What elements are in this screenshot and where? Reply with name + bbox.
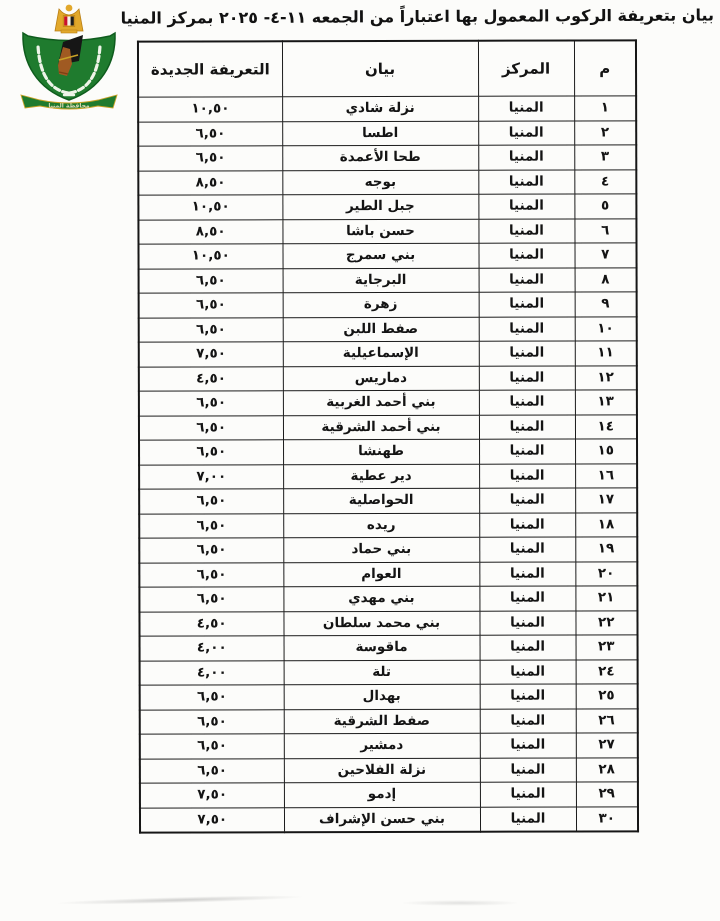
cell-serial: ٢٠ bbox=[575, 561, 637, 586]
cell-statement: نزلة شادي bbox=[282, 96, 478, 121]
cell-new-fare: ٦,٥٠ bbox=[139, 391, 283, 416]
cell-serial: ١٥ bbox=[575, 439, 637, 464]
cell-statement: بهدال bbox=[284, 684, 480, 709]
cell-statement: دمشير bbox=[284, 733, 480, 758]
cell-serial: ٧ bbox=[574, 243, 636, 268]
table-row: ١٧المنياالحواصلية٦,٥٠ bbox=[139, 488, 637, 514]
cell-serial: ١١ bbox=[575, 341, 637, 366]
cell-new-fare: ٦,٥٠ bbox=[139, 489, 283, 514]
cell-new-fare: ٦,٥٠ bbox=[139, 317, 283, 342]
cell-serial: ٢٤ bbox=[576, 659, 638, 684]
cell-serial: ٨ bbox=[575, 267, 637, 292]
table-row: ١١المنياالإسماعيلية٧,٥٠ bbox=[139, 341, 637, 367]
table-row: ٢٢المنيابني محمد سلطان٤,٥٠ bbox=[139, 610, 637, 636]
cell-center: المنيا bbox=[479, 537, 575, 562]
table-row: ٢٤المنياتلة٤,٠٠ bbox=[140, 659, 638, 685]
cell-center: المنيا bbox=[478, 96, 574, 121]
cell-statement: بني حسن الإشراف bbox=[284, 807, 480, 833]
header-statement: بيان bbox=[282, 41, 478, 97]
header-new-fare: التعريفة الجديدة bbox=[138, 41, 282, 97]
cell-center: المنيا bbox=[479, 317, 575, 342]
cell-center: المنيا bbox=[480, 782, 576, 807]
cell-serial: ١ bbox=[574, 96, 636, 121]
cell-new-fare: ٦,٥٠ bbox=[140, 685, 284, 710]
cell-serial: ٦ bbox=[574, 218, 636, 243]
cell-new-fare: ٨,٥٠ bbox=[138, 219, 282, 244]
cell-statement: طحا الأعمدة bbox=[282, 145, 478, 170]
cell-statement: تلة bbox=[284, 660, 480, 685]
cell-statement: البرجاية bbox=[283, 268, 479, 293]
cell-new-fare: ٧,٥٠ bbox=[140, 807, 284, 832]
cell-statement: بني مهدي bbox=[283, 586, 479, 611]
cell-new-fare: ٤,٠٠ bbox=[140, 636, 284, 661]
table-row: ٣المنياطحا الأعمدة٦,٥٠ bbox=[138, 145, 636, 171]
cell-new-fare: ٦,٥٠ bbox=[139, 538, 283, 563]
cell-serial: ٢٩ bbox=[576, 782, 638, 807]
cell-statement: جبل الطير bbox=[282, 194, 478, 219]
cell-serial: ٥ bbox=[574, 194, 636, 219]
cell-statement: دماريس bbox=[283, 366, 479, 391]
header-row: م المركز بيان التعريفة الجديدة bbox=[138, 40, 636, 97]
cell-center: المنيا bbox=[480, 684, 576, 709]
cell-serial: ٢ bbox=[574, 120, 636, 145]
cell-center: المنيا bbox=[479, 292, 575, 317]
table-row: ٢٥المنيابهدال٦,٥٠ bbox=[140, 684, 638, 710]
emblem-graphic: محافظة المنيا bbox=[14, 2, 124, 129]
table-row: ٢٧المنيادمشير٦,٥٠ bbox=[140, 733, 638, 759]
cell-statement: بني سمرج bbox=[282, 243, 478, 268]
cell-center: المنيا bbox=[479, 562, 575, 587]
table-row: ٢٦المنياصفط الشرقية٦,٥٠ bbox=[140, 708, 638, 734]
cell-new-fare: ٦,٥٠ bbox=[139, 440, 283, 465]
cell-statement: نزلة الفلاحين bbox=[284, 758, 480, 783]
scan-smudge bbox=[400, 900, 520, 906]
cell-statement: بوجه bbox=[282, 170, 478, 195]
cell-serial: ٩ bbox=[575, 292, 637, 317]
cell-center: المنيا bbox=[480, 660, 576, 685]
table-row: ٢المنيااطسا٦,٥٠ bbox=[138, 120, 636, 146]
cell-statement: صفط الشرقية bbox=[284, 709, 480, 734]
table-row: ١٦المنيادير عطية٧,٠٠ bbox=[139, 463, 637, 489]
table-row: ١٤المنيابني أحمد الشرقية٦,٥٠ bbox=[139, 414, 637, 440]
cell-statement: اطسا bbox=[282, 121, 478, 146]
cell-serial: ٢٣ bbox=[576, 635, 638, 660]
egypt-eagle-icon bbox=[55, 5, 83, 33]
cell-center: المنيا bbox=[478, 121, 574, 146]
cell-serial: ٢٨ bbox=[576, 757, 638, 782]
cell-new-fare: ٦,٥٠ bbox=[139, 293, 283, 318]
cell-serial: ٤ bbox=[574, 169, 636, 194]
cell-serial: ٢٦ bbox=[576, 708, 638, 733]
cell-statement: ماقوسة bbox=[284, 635, 480, 660]
cell-new-fare: ١٠,٥٠ bbox=[138, 97, 282, 122]
cell-center: المنيا bbox=[479, 488, 575, 513]
cell-serial: ١٢ bbox=[575, 365, 637, 390]
cell-statement: بني أحمد الغربية bbox=[283, 390, 479, 415]
cell-new-fare: ٦,٥٠ bbox=[139, 587, 283, 612]
cell-center: المنيا bbox=[479, 390, 575, 415]
cell-new-fare: ٦,٥٠ bbox=[140, 758, 284, 783]
cell-statement: طهنشا bbox=[283, 439, 479, 464]
cell-new-fare: ٤,٠٠ bbox=[140, 660, 284, 685]
emblem-caption: محافظة المنيا bbox=[48, 103, 90, 110]
fare-table-head: م المركز بيان التعريفة الجديدة bbox=[138, 40, 636, 97]
cell-statement: بني محمد سلطان bbox=[283, 611, 479, 636]
table-row: ١٥المنياطهنشا٦,٥٠ bbox=[139, 439, 637, 465]
fare-table-body: ١المنيانزلة شادي١٠,٥٠٢المنيااطسا٦,٥٠٣الم… bbox=[138, 96, 638, 833]
minya-governorate-emblem: محافظة المنيا bbox=[14, 2, 124, 129]
cell-serial: ٢٢ bbox=[575, 610, 637, 635]
cell-statement: العوام bbox=[283, 562, 479, 587]
cell-new-fare: ٧,٠٠ bbox=[139, 464, 283, 489]
cell-center: المنيا bbox=[478, 243, 574, 268]
cell-new-fare: ١٠,٥٠ bbox=[138, 244, 282, 269]
cell-new-fare: ٦,٥٠ bbox=[138, 146, 282, 171]
cell-statement: إدمو bbox=[284, 782, 480, 807]
cell-center: المنيا bbox=[480, 807, 576, 832]
table-row: ٩المنيازهرة٦,٥٠ bbox=[139, 292, 637, 318]
cell-statement: بني أحمد الشرقية bbox=[283, 415, 479, 440]
cell-center: المنيا bbox=[480, 709, 576, 734]
cell-serial: ١٩ bbox=[575, 537, 637, 562]
table-row: ١المنيانزلة شادي١٠,٥٠ bbox=[138, 96, 636, 122]
cell-statement: الحواصلية bbox=[283, 488, 479, 513]
table-row: ٢٩المنياإدمو٧,٥٠ bbox=[140, 782, 638, 808]
cell-center: المنيا bbox=[479, 341, 575, 366]
table-row: ٥المنياجبل الطير١٠,٥٠ bbox=[138, 194, 636, 220]
cell-center: المنيا bbox=[480, 733, 576, 758]
table-row: ١٩المنيابني حماد٦,٥٠ bbox=[139, 537, 637, 563]
cell-serial: ١٧ bbox=[575, 488, 637, 513]
cell-new-fare: ٧,٥٠ bbox=[140, 783, 284, 808]
header-center: المركز bbox=[478, 41, 574, 97]
cell-statement: ريده bbox=[283, 513, 479, 538]
cell-new-fare: ٦,٥٠ bbox=[139, 415, 283, 440]
document-page: محافظة المنيا بيان بتعريفة الركوب المعمو… bbox=[0, 0, 720, 921]
table-row: ٣٠المنيابني حسن الإشراف٧,٥٠ bbox=[140, 806, 638, 832]
cell-serial: ٣٠ bbox=[576, 806, 638, 831]
document-title: بيان بتعريفة الركوب المعمول بها اعتباراً… bbox=[150, 6, 714, 28]
fare-table: م المركز بيان التعريفة الجديدة ١المنيانز… bbox=[137, 39, 639, 833]
table-row: ١٢المنيادماريس٤,٥٠ bbox=[139, 365, 637, 391]
scan-smudge bbox=[55, 894, 305, 907]
cell-serial: ٢١ bbox=[575, 586, 637, 611]
table-row: ٧المنيابني سمرج١٠,٥٠ bbox=[138, 243, 636, 269]
cell-serial: ١٤ bbox=[575, 414, 637, 439]
table-row: ٢٠المنياالعوام٦,٥٠ bbox=[139, 561, 637, 587]
cell-new-fare: ٧,٥٠ bbox=[139, 342, 283, 367]
cell-statement: دير عطية bbox=[283, 464, 479, 489]
cell-center: المنيا bbox=[479, 268, 575, 293]
cell-new-fare: ٦,٥٠ bbox=[139, 268, 283, 293]
cell-new-fare: ٨,٥٠ bbox=[138, 170, 282, 195]
cell-center: المنيا bbox=[479, 366, 575, 391]
table-row: ٢١المنيابني مهدي٦,٥٠ bbox=[139, 586, 637, 612]
cell-serial: ٢٧ bbox=[576, 733, 638, 758]
table-row: ٢٣المنياماقوسة٤,٠٠ bbox=[140, 635, 638, 661]
cell-center: المنيا bbox=[478, 194, 574, 219]
cell-center: المنيا bbox=[480, 758, 576, 783]
cell-serial: ١٣ bbox=[575, 390, 637, 415]
cell-new-fare: ٦,٥٠ bbox=[140, 734, 284, 759]
table-row: ٨المنياالبرجاية٦,٥٠ bbox=[139, 267, 637, 293]
table-row: ١٨المنياريده٦,٥٠ bbox=[139, 512, 637, 538]
cell-new-fare: ٤,٥٠ bbox=[139, 611, 283, 636]
cell-statement: الإسماعيلية bbox=[283, 341, 479, 366]
cell-center: المنيا bbox=[479, 586, 575, 611]
cell-serial: ١٠ bbox=[575, 316, 637, 341]
cell-center: المنيا bbox=[479, 415, 575, 440]
cell-serial: ١٦ bbox=[575, 463, 637, 488]
cell-center: المنيا bbox=[479, 439, 575, 464]
cell-new-fare: ٦,٥٠ bbox=[139, 513, 283, 538]
table-row: ٤المنيابوجه٨,٥٠ bbox=[138, 169, 636, 195]
cell-new-fare: ٦,٥٠ bbox=[138, 121, 282, 146]
cell-center: المنيا bbox=[479, 464, 575, 489]
table-row: ١٣المنيابني أحمد الغربية٦,٥٠ bbox=[139, 390, 637, 416]
cell-serial: ٣ bbox=[574, 145, 636, 170]
cell-serial: ٢٥ bbox=[576, 684, 638, 709]
cell-statement: زهرة bbox=[283, 292, 479, 317]
cell-statement: حسن باشا bbox=[282, 219, 478, 244]
header-serial: م bbox=[574, 40, 636, 96]
cell-center: المنيا bbox=[479, 611, 575, 636]
cell-statement: صفط اللبن bbox=[283, 317, 479, 342]
cell-new-fare: ٦,٥٠ bbox=[140, 709, 284, 734]
table-row: ١٠المنياصفط اللبن٦,٥٠ bbox=[139, 316, 637, 342]
cell-center: المنيا bbox=[480, 635, 576, 660]
cell-center: المنيا bbox=[478, 219, 574, 244]
cell-center: المنيا bbox=[478, 170, 574, 195]
cell-center: المنيا bbox=[478, 145, 574, 170]
cell-center: المنيا bbox=[479, 513, 575, 538]
table-row: ٦المنياحسن باشا٨,٥٠ bbox=[138, 218, 636, 244]
cell-new-fare: ٦,٥٠ bbox=[139, 562, 283, 587]
cell-new-fare: ٤,٥٠ bbox=[139, 366, 283, 391]
cell-serial: ١٨ bbox=[575, 512, 637, 537]
cell-new-fare: ١٠,٥٠ bbox=[138, 195, 282, 220]
cell-statement: بني حماد bbox=[283, 537, 479, 562]
table-row: ٢٨المنيانزلة الفلاحين٦,٥٠ bbox=[140, 757, 638, 783]
